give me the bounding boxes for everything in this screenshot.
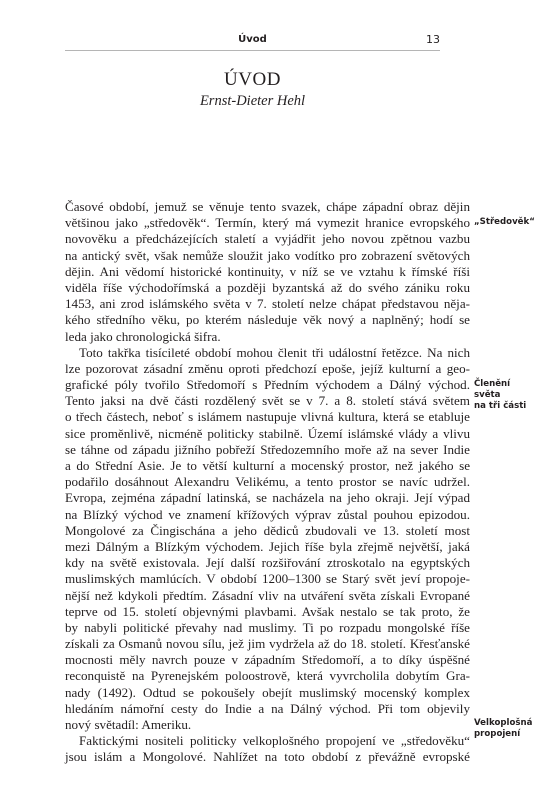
text-line: teprve od 15. století objevnými plavbami… — [65, 604, 470, 620]
margin-note-line: na tři části — [474, 401, 526, 412]
text-line: jsou islám a Mongolové. Nahlížet na toto… — [65, 749, 470, 765]
text-line: podařilo dosáhnout Alexandru Velikému, a… — [65, 474, 470, 490]
text-line: viděla říše východořímská a později byza… — [65, 280, 470, 296]
text-line: a do Střední Asie. Je to větší kulturní … — [65, 458, 470, 474]
chapter-author: Ernst-Dieter Hehl — [65, 93, 440, 110]
margin-note-velkoplosna-propojeni: Velkoplošná propojení — [474, 718, 532, 740]
text-line: nější než kdykoli předtím. Zásadní vliv … — [65, 588, 470, 604]
text-line: Tento jaksi na dvě části rozdělený svět … — [65, 393, 470, 409]
text-line: nady (1492). Odtud se pokoušely obejít m… — [65, 685, 470, 701]
text-line: mezi Dálným a Blízkým východem. Jejich ř… — [65, 539, 470, 555]
text-line: na Blízký východ ve znamení křížových vý… — [65, 507, 470, 523]
text-line: na antický svět, však nemůže sloužit jak… — [65, 248, 470, 264]
text-line: nový světadíl: Ameriku. — [65, 717, 470, 733]
text-line: většinou jako „středověk“. Termín, který… — [65, 215, 470, 231]
text-line: 1453, ani zrod islámského světa v 7. sto… — [65, 296, 470, 312]
page-number: 13 — [426, 33, 440, 46]
text-line: Faktickými nositeli politicky velkoplošn… — [65, 733, 470, 749]
text-line: lze pozorovat zásadní změnu oproti předc… — [65, 361, 470, 377]
running-title: Úvod — [65, 34, 440, 45]
text-line: Časové období, jemuž se věnuje tento sva… — [65, 199, 470, 215]
text-line: hledáním námořní cesty do Indie a na Dál… — [65, 701, 470, 717]
margin-note-text: „Středověk“ — [474, 217, 535, 227]
text-line: Evropa, zejména západní latinská, se nac… — [65, 490, 470, 506]
chapter-title: ÚVOD — [65, 69, 440, 91]
margin-note-line: Velkoplošná — [474, 718, 532, 729]
text-line: kého středního věku, po kterém následuje… — [65, 312, 470, 328]
text-line: muslimských mamlúcích. V období 1200–130… — [65, 571, 470, 587]
text-line: novověku a předcházejících staletí a vyj… — [65, 231, 470, 247]
margin-note-line: světa — [474, 390, 526, 401]
margin-note-line: Členění — [474, 379, 526, 390]
body-text: Časové období, jemuž se věnuje tento sva… — [65, 199, 470, 766]
text-line: kdy na světě existovala. Její další rozš… — [65, 555, 470, 571]
text-line: získali za Osmanů novou sílu, jež jim vy… — [65, 636, 470, 652]
text-line: dějin. Ani vědomí historické kontinuity,… — [65, 264, 470, 280]
text-line: sice proměnlivě, nicméně politicky stabi… — [65, 426, 470, 442]
text-line: mocnosti měly navrch pouze v západním St… — [65, 652, 470, 668]
margin-note-cleneni-sveta: Členění světa na tři části — [474, 379, 526, 412]
text-line: o třech částech, neboť s islámem nastupu… — [65, 409, 470, 425]
margin-note-stredovek: „Středověk“ — [474, 217, 535, 228]
text-line: by nabyli politické převahy nad muslimy.… — [65, 620, 470, 636]
margin-note-line: propojení — [474, 729, 532, 740]
text-line: reconquistě na Pyrenejském poloostrově, … — [65, 668, 470, 684]
text-line: Toto takřka tisícileté období mohou člen… — [65, 345, 470, 361]
text-line: grafické póly tvořilo Středomoří s Předn… — [65, 377, 470, 393]
text-line: leda jako chronologická šifra. — [65, 329, 470, 345]
running-header: Úvod 13 — [65, 32, 440, 51]
text-line: se táhne od západu jižního pobřeží Střed… — [65, 442, 470, 458]
text-line: Mongolové za Čingischána a jeho dědiců z… — [65, 523, 470, 539]
